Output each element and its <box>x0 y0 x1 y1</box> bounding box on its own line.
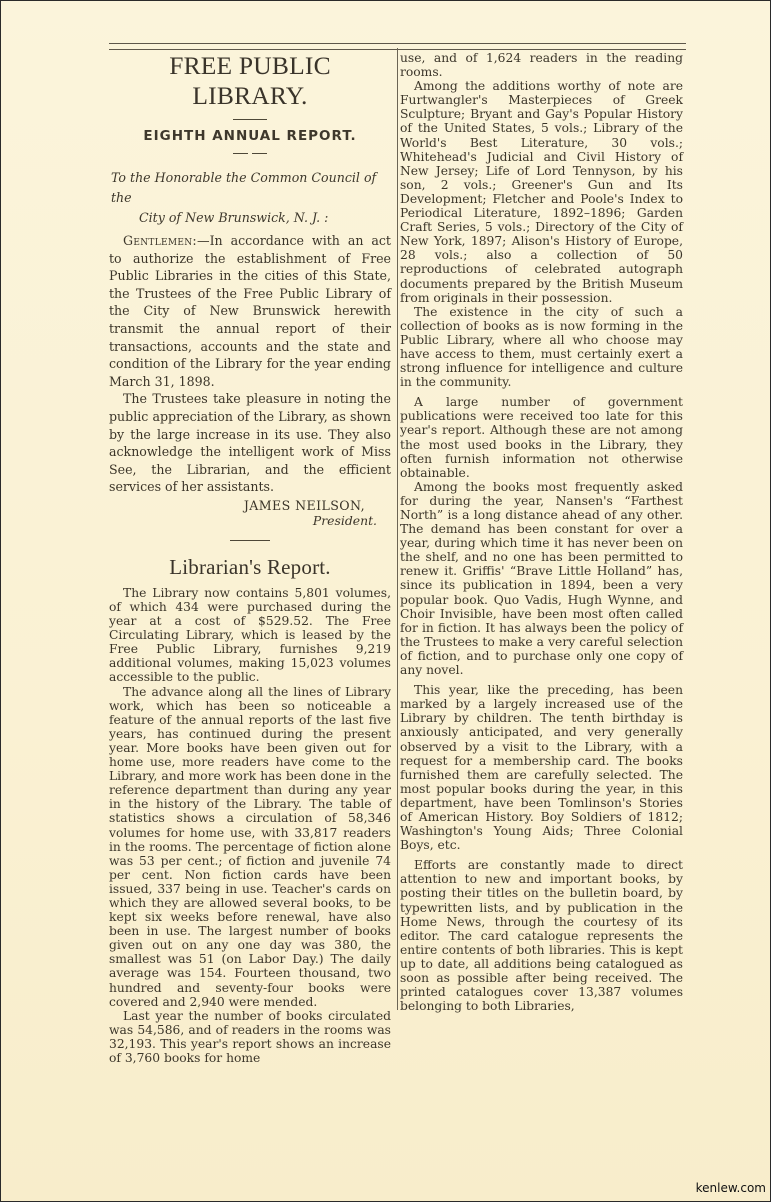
letter-paragraph: Gentlemen:—In accordance with an act to … <box>109 232 391 390</box>
report-paragraph: A large number of government publication… <box>400 395 683 480</box>
section-rule <box>230 540 270 541</box>
letter-greeting: Gentlemen: <box>123 233 197 248</box>
trustees-letter: Gentlemen:—In accordance with an act to … <box>109 232 391 528</box>
report-paragraph: The Library now contains 5,801 volumes, … <box>109 586 391 685</box>
column-divider <box>397 48 398 1010</box>
watermark: kenlew.com <box>696 1181 766 1195</box>
salutation: To the Honorable the Common Council of t… <box>109 168 391 228</box>
report-paragraph: This year, like the preceding, has been … <box>400 683 683 852</box>
report-subtitle: EIGHTH ANNUAL REPORT. <box>109 128 391 144</box>
newspaper-page: FREE PUBLIC LIBRARY. EIGHTH ANNUAL REPOR… <box>0 0 771 1202</box>
report-paragraph: Last year the number of books circulated… <box>109 1009 391 1065</box>
librarians-report-body: The Library now contains 5,801 volumes, … <box>109 586 391 1065</box>
page-title: FREE PUBLIC LIBRARY. <box>109 51 391 111</box>
right-column: use, and of 1,624 readers in the reading… <box>400 51 683 1013</box>
left-column: FREE PUBLIC LIBRARY. EIGHTH ANNUAL REPOR… <box>109 51 391 1065</box>
report-paragraph: Efforts are constantly made to direct at… <box>400 858 683 1013</box>
report-paragraph: Among the books most frequently asked fo… <box>400 480 683 677</box>
subtitle-dash-rule <box>233 153 267 154</box>
salutation-line-1: To the Honorable the Common Council of t… <box>111 170 376 205</box>
section-heading-librarians-report: Librarian's Report. <box>109 555 391 580</box>
salutation-line-2: City of New Brunswick, N. J. : <box>111 208 391 228</box>
report-paragraph-continued: use, and of 1,624 readers in the reading… <box>400 51 683 79</box>
title-rule <box>233 119 267 120</box>
signature-title: President. <box>109 513 391 528</box>
signature-name: JAMES NEILSON, <box>109 498 391 513</box>
report-paragraph: The existence in the city of such a coll… <box>400 305 683 390</box>
letter-paragraph: The Trustees take pleasure in noting the… <box>109 390 391 496</box>
report-paragraph: The advance along all the lines of Libra… <box>109 685 391 1009</box>
report-paragraph: Among the additions worthy of note are F… <box>400 79 683 305</box>
